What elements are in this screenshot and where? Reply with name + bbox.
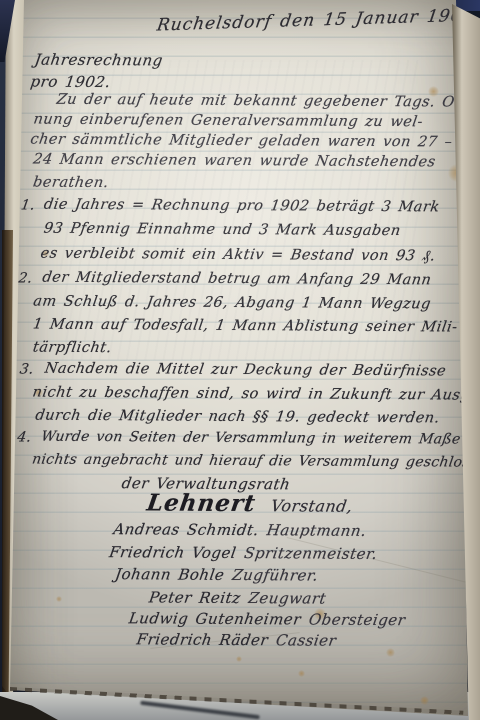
item-line: Nachdem die Mittel zur Deckung der Bedür… [44,361,448,380]
ledger-page: Ruchelsdorf den 15 Januar 1903 Jahresrec… [0,0,480,720]
doc-title-line: Jahresrechnung [33,51,164,70]
signature-row: Friedrich RäderCassier [135,630,337,649]
signature-row: Ludwig GutenheimerObersteiger [128,609,407,629]
signature-name: Andreas Schmidt. [112,520,260,539]
item-line: es verbleibt somit ein Aktiv = Bestand v… [39,246,436,266]
signature-row: Andreas Schmidt.Hauptmann. [112,520,368,540]
item-number: 2. [17,270,33,286]
signature-name: Friedrich Vogel [108,543,238,562]
signature-row: Peter ReitzZeugwart [148,588,328,607]
item-line: Wurde von Seiten der Versammlung in weit… [40,429,462,448]
item-number: 3. [19,361,35,377]
item-line: der Mitgliederstand betrug am Anfang 29 … [41,270,432,289]
photo-of-ledger-page: Ruchelsdorf den 15 Januar 1903 Jahresrec… [0,0,480,720]
item-line: 93 Pfennig Einnahme und 3 Mark Ausgaben [43,221,402,239]
dateline: Ruchelsdorf den 15 Januar 1903 [156,5,476,35]
signature-role: Spritzenmeister. [243,544,379,563]
signature-role: Vorstand, [270,496,354,516]
item-line: nicht zu beschaffen sind, so wird in Zuk… [31,385,480,404]
handwritten-text: Ruchelsdorf den 15 Januar 1903 Jahresrec… [0,0,480,720]
item-line: 1 Mann auf Todesfall, 1 Mann Ablistung s… [32,317,459,336]
body-line: cher sämmtliche Mitglieder geladen waren… [29,132,453,151]
item-line: durch die Mitglieder nach §§ 19. gedeckt… [34,408,441,427]
signature-name: Johann Bohle [114,565,226,584]
item-line: die Jahres = Rechnung pro 1902 beträgt 3… [43,197,441,216]
body-line: 24 Mann erschienen waren wurde Nachstehe… [32,152,437,171]
item-line: tärpflicht. [32,340,113,357]
signature-role: Obersteiger [308,610,407,629]
signature-name: Lehnert [145,489,258,517]
signature-name: Peter Reitz [148,588,242,607]
signature-role: Hauptmann. [266,521,368,540]
item-line: am Schluß d. Jahres 26, Abgang 1 Mann We… [32,294,432,313]
item-line: nichts angebracht und hierauf die Versam… [31,452,480,471]
item-number: 1. [20,197,36,213]
signature-role: Zeugwart [247,589,327,608]
signature-row: Lehnert Vorstand, [145,489,355,517]
body-line: nung einberufenen Generalversammlung zu … [32,112,424,131]
signature-name: Ludwig Gutenheimer [128,609,303,628]
signature-role: Zugführer. [231,566,320,585]
item-number: 4. [16,429,32,445]
signature-row: Johann BohleZugführer. [114,565,320,584]
body-line: berathen. [32,175,110,192]
signature-row: Friedrich VogelSpritzenmeister. [108,543,379,563]
signature-role: Cassier [275,631,338,649]
doc-title-line: pro 1902. [29,73,112,92]
body-line: Zu der auf heute mit bekannt gegebener T… [56,92,479,111]
signature-name: Friedrich Räder [135,630,269,649]
